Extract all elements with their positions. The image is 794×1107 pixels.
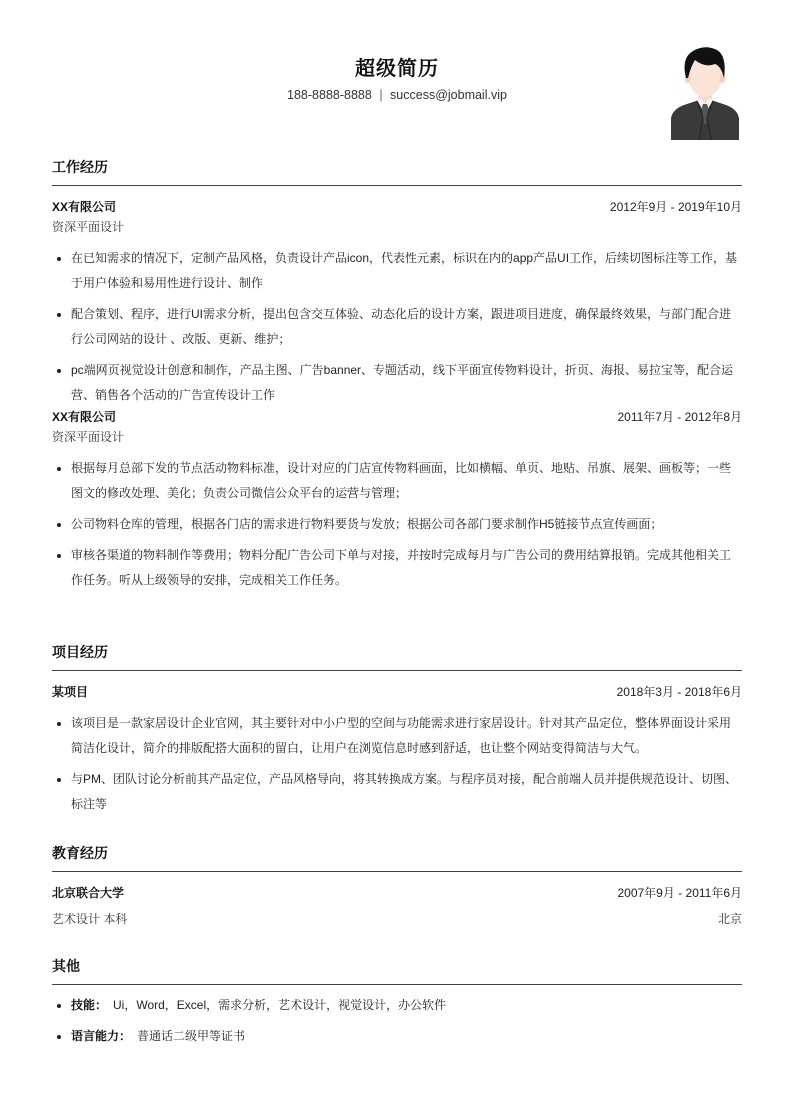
section-divider xyxy=(52,185,742,186)
candidate-name: 超级简历 xyxy=(52,52,742,81)
major-degree: 艺术设计 本科 xyxy=(52,912,127,926)
school-location: 北京 xyxy=(718,912,742,926)
date-range: 2011年7月 - 2012年8月 xyxy=(617,410,742,430)
section-divider xyxy=(52,984,742,985)
job-title: 资深平面设计 xyxy=(52,430,742,456)
list-item-skills: 技能：Ui，Word，Excel，需求分析，艺术设计，视觉设计，办公软件 xyxy=(52,993,742,1018)
skills-label: 技能： xyxy=(71,998,107,1012)
duty-list: 根据每月总部下发的节点活动物料标准，设计对应的门店宣传物料画面，比如横幅、单页、… xyxy=(52,456,742,593)
list-item: 该项目是一款家居设计企业官网，其主要针对中小户型的空间与功能需求进行家居设计。针… xyxy=(52,711,742,761)
list-item: 在已知需求的情况下，定制产品风格，负责设计产品icon，代表性元素，标识在内的a… xyxy=(52,246,742,296)
list-item: 审核各渠道的物料制作等费用；物料分配广告公司下单与对接，并按时完成每月与广告公司… xyxy=(52,543,742,593)
male-avatar-suit-icon xyxy=(669,44,741,140)
list-item: 根据每月总部下发的节点活动物料标准，设计对应的门店宣传物料画面，比如横幅、单页、… xyxy=(52,456,742,506)
date-range: 2012年9月 - 2019年10月 xyxy=(610,200,742,220)
project-duty-list: 该项目是一款家居设计企业官网，其主要针对中小户型的空间与功能需求进行家居设计。针… xyxy=(52,711,742,817)
language-value: 普通话二级甲等证书 xyxy=(137,1029,245,1043)
work-entry: XX有限公司 2012年9月 - 2019年10月 资深平面设计 在已知需求的情… xyxy=(52,200,742,408)
company-name: XX有限公司 xyxy=(52,200,116,220)
school-name: 北京联合大学 xyxy=(52,886,124,912)
list-item: 配合策划、程序，进行UI需求分析，提出包含交互体验、动态化后的设计方案，跟进项目… xyxy=(52,302,742,352)
section-divider xyxy=(52,871,742,872)
skills-value: Ui，Word，Excel，需求分析，艺术设计，视觉设计，办公软件 xyxy=(113,998,446,1012)
work-entry: XX有限公司 2011年7月 - 2012年8月 资深平面设计 根据每月总部下发… xyxy=(52,410,742,593)
phone-number: 188-8888-8888 xyxy=(287,88,372,102)
job-title: 资深平面设计 xyxy=(52,220,742,246)
other-section: 其他 技能：Ui，Word，Excel，需求分析，艺术设计，视觉设计，办公软件 … xyxy=(52,956,742,1055)
section-title-education: 教育经历 xyxy=(52,843,742,871)
resume-page: 超级简历 188-8888-8888 | success@jobmail.vip xyxy=(52,0,742,150)
date-range: 2007年9月 - 2011年6月 xyxy=(617,886,742,912)
duty-list: 在已知需求的情况下，定制产品风格，负责设计产品icon，代表性元素，标识在内的a… xyxy=(52,246,742,408)
list-item: 与PM、团队讨论分析前其产品定位，产品风格导向，将其转换成方案。与程序员对接，配… xyxy=(52,767,742,817)
project-experience-section: 项目经历 某项目 2018年3月 - 2018年6月 该项目是一款家居设计企业官… xyxy=(52,642,742,823)
work-experience-section: 工作经历 XX有限公司 2012年9月 - 2019年10月 资深平面设计 在已… xyxy=(52,157,742,599)
education-section: 教育经历 北京联合大学 2007年9月 - 2011年6月 艺术设计 本科 北京 xyxy=(52,843,742,926)
education-entry: 北京联合大学 2007年9月 - 2011年6月 艺术设计 本科 北京 xyxy=(52,886,742,926)
list-item: 公司物料仓库的管理，根据各门店的需求进行物料要货与发放；根据公司各部门要求制作H… xyxy=(52,512,742,537)
project-name: 某项目 xyxy=(52,685,88,711)
language-label: 语言能力： xyxy=(71,1029,131,1043)
other-list: 技能：Ui，Word，Excel，需求分析，艺术设计，视觉设计，办公软件 语言能… xyxy=(52,993,742,1049)
contact-line: 188-8888-8888 | success@jobmail.vip xyxy=(52,88,742,102)
resume-header: 超级简历 188-8888-8888 | success@jobmail.vip xyxy=(52,0,742,150)
project-entry: 某项目 2018年3月 - 2018年6月 该项目是一款家居设计企业官网，其主要… xyxy=(52,685,742,817)
section-title-work: 工作经历 xyxy=(52,157,742,185)
section-divider xyxy=(52,670,742,671)
section-title-projects: 项目经历 xyxy=(52,642,742,670)
section-title-other: 其他 xyxy=(52,956,742,984)
company-name: XX有限公司 xyxy=(52,410,116,430)
date-range: 2018年3月 - 2018年6月 xyxy=(617,685,742,711)
contact-separator: | xyxy=(379,88,382,102)
email-address: success@jobmail.vip xyxy=(390,88,507,102)
list-item: pc端网页视觉设计创意和制作，产品主图、广告banner、专题活动，线下平面宣传… xyxy=(52,358,742,408)
list-item-language: 语言能力：普通话二级甲等证书 xyxy=(52,1024,742,1049)
